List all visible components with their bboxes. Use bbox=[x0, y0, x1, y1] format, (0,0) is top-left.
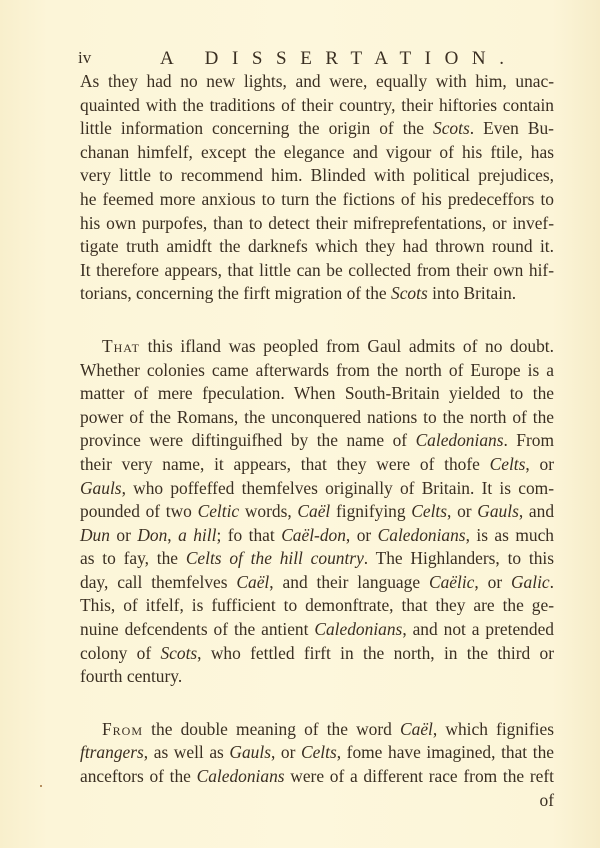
text-line: very little to recommend him. Blinded wi… bbox=[80, 164, 554, 188]
paper-speck bbox=[40, 785, 42, 787]
text-line: day, call themfelves Caël, and their lan… bbox=[80, 571, 554, 595]
page-number: iv bbox=[78, 48, 91, 68]
text-line: quainted with the traditions of their co… bbox=[80, 94, 554, 118]
text-line: torians, concerning the firft migration … bbox=[80, 282, 554, 306]
text-line: pounded of two Celtic words, Caël fignif… bbox=[80, 500, 554, 524]
italic-term: Celts of the hill country bbox=[186, 548, 364, 568]
text-line: From the double meaning of the word Caël… bbox=[80, 718, 554, 742]
text-line: That this ifland was peopled from Gaul a… bbox=[80, 335, 554, 359]
paragraph-3: From the double meaning of the word Caël… bbox=[80, 718, 554, 812]
italic-term: Caledonians bbox=[197, 766, 285, 786]
italic-term: ftrangers bbox=[80, 742, 144, 762]
italic-term: Caledonians bbox=[378, 525, 466, 545]
paragraph-spacer bbox=[80, 306, 554, 335]
italic-term: Gauls bbox=[229, 742, 271, 762]
catchword: of bbox=[80, 789, 554, 813]
italic-term: Scots bbox=[391, 283, 428, 303]
text-line: little information concerning the origin… bbox=[80, 117, 554, 141]
page-title: A DISSERTATION. bbox=[160, 48, 518, 70]
italic-term: Caëlic bbox=[429, 572, 474, 592]
text-line: he feemed more anxious to turn the ficti… bbox=[80, 188, 554, 212]
text-line: As they had no new lights, and were, equ… bbox=[80, 70, 554, 94]
body-text: As they had no new lights, and were, equ… bbox=[80, 70, 554, 812]
text-line: his own purpofes, than to detect their m… bbox=[80, 212, 554, 236]
text-line: tigate truth amidft the darknefs which t… bbox=[80, 235, 554, 259]
italic-term: Caël-don bbox=[281, 525, 346, 545]
italic-term: Caël bbox=[400, 719, 433, 739]
text-line: power of the Romans, the unconquered nat… bbox=[80, 406, 554, 430]
running-head: iv A DISSERTATION. bbox=[78, 48, 552, 72]
text-line: Whether colonies came afterwards from th… bbox=[80, 359, 554, 383]
text-line: Gauls, who poffeffed themfelves original… bbox=[80, 477, 554, 501]
text-line: anceftors of the Caledonians were of a d… bbox=[80, 765, 554, 789]
text-line: colony of Scots, who fettled firft in th… bbox=[80, 642, 554, 666]
italic-term: Scots bbox=[433, 118, 470, 138]
italic-term: Caledonians bbox=[416, 430, 504, 450]
text-line: province were diftinguifhed by the name … bbox=[80, 429, 554, 453]
italic-term: Don bbox=[137, 525, 167, 545]
italic-term: a hill bbox=[178, 525, 216, 545]
italic-term: Gauls bbox=[80, 478, 122, 498]
text-line: as to fay, the Celts of the hill country… bbox=[80, 547, 554, 571]
text-line: chanan himfelf, except the elegance and … bbox=[80, 141, 554, 165]
italic-term: Caël bbox=[236, 572, 269, 592]
italic-term: Celts bbox=[490, 454, 526, 474]
italic-term: Celtic bbox=[198, 501, 240, 521]
paragraph-spacer bbox=[80, 689, 554, 718]
text-line: Dun or Don, a hill; fo that Caël-don, or… bbox=[80, 524, 554, 548]
italic-term: Dun bbox=[80, 525, 110, 545]
text-line: This, of itfelf, is fufficient to demonf… bbox=[80, 594, 554, 618]
lead-word: From bbox=[102, 719, 143, 739]
paragraph-2: That this ifland was peopled from Gaul a… bbox=[80, 335, 554, 689]
italic-term: Gauls bbox=[477, 501, 519, 521]
text-line: It therefore appears, that little can be… bbox=[80, 259, 554, 283]
italic-term: Celts bbox=[411, 501, 447, 521]
text-line: ftrangers, as well as Gauls, or Celts, f… bbox=[80, 741, 554, 765]
italic-term: Caledonians bbox=[314, 619, 402, 639]
text-line: their very name, it appears, that they w… bbox=[80, 453, 554, 477]
italic-term: Celts bbox=[301, 742, 337, 762]
text-line: fourth century. bbox=[80, 665, 554, 689]
italic-term: Caël bbox=[297, 501, 330, 521]
text-line: matter of mere fpeculation. When South-B… bbox=[80, 382, 554, 406]
lead-word: That bbox=[102, 336, 140, 356]
paragraph-1: As they had no new lights, and were, equ… bbox=[80, 70, 554, 306]
italic-term: Galic bbox=[511, 572, 550, 592]
italic-term: Scots bbox=[160, 643, 197, 663]
book-page: iv A DISSERTATION. As they had no new li… bbox=[0, 0, 600, 848]
text-line: nuine defcendents of the antient Caledon… bbox=[80, 618, 554, 642]
